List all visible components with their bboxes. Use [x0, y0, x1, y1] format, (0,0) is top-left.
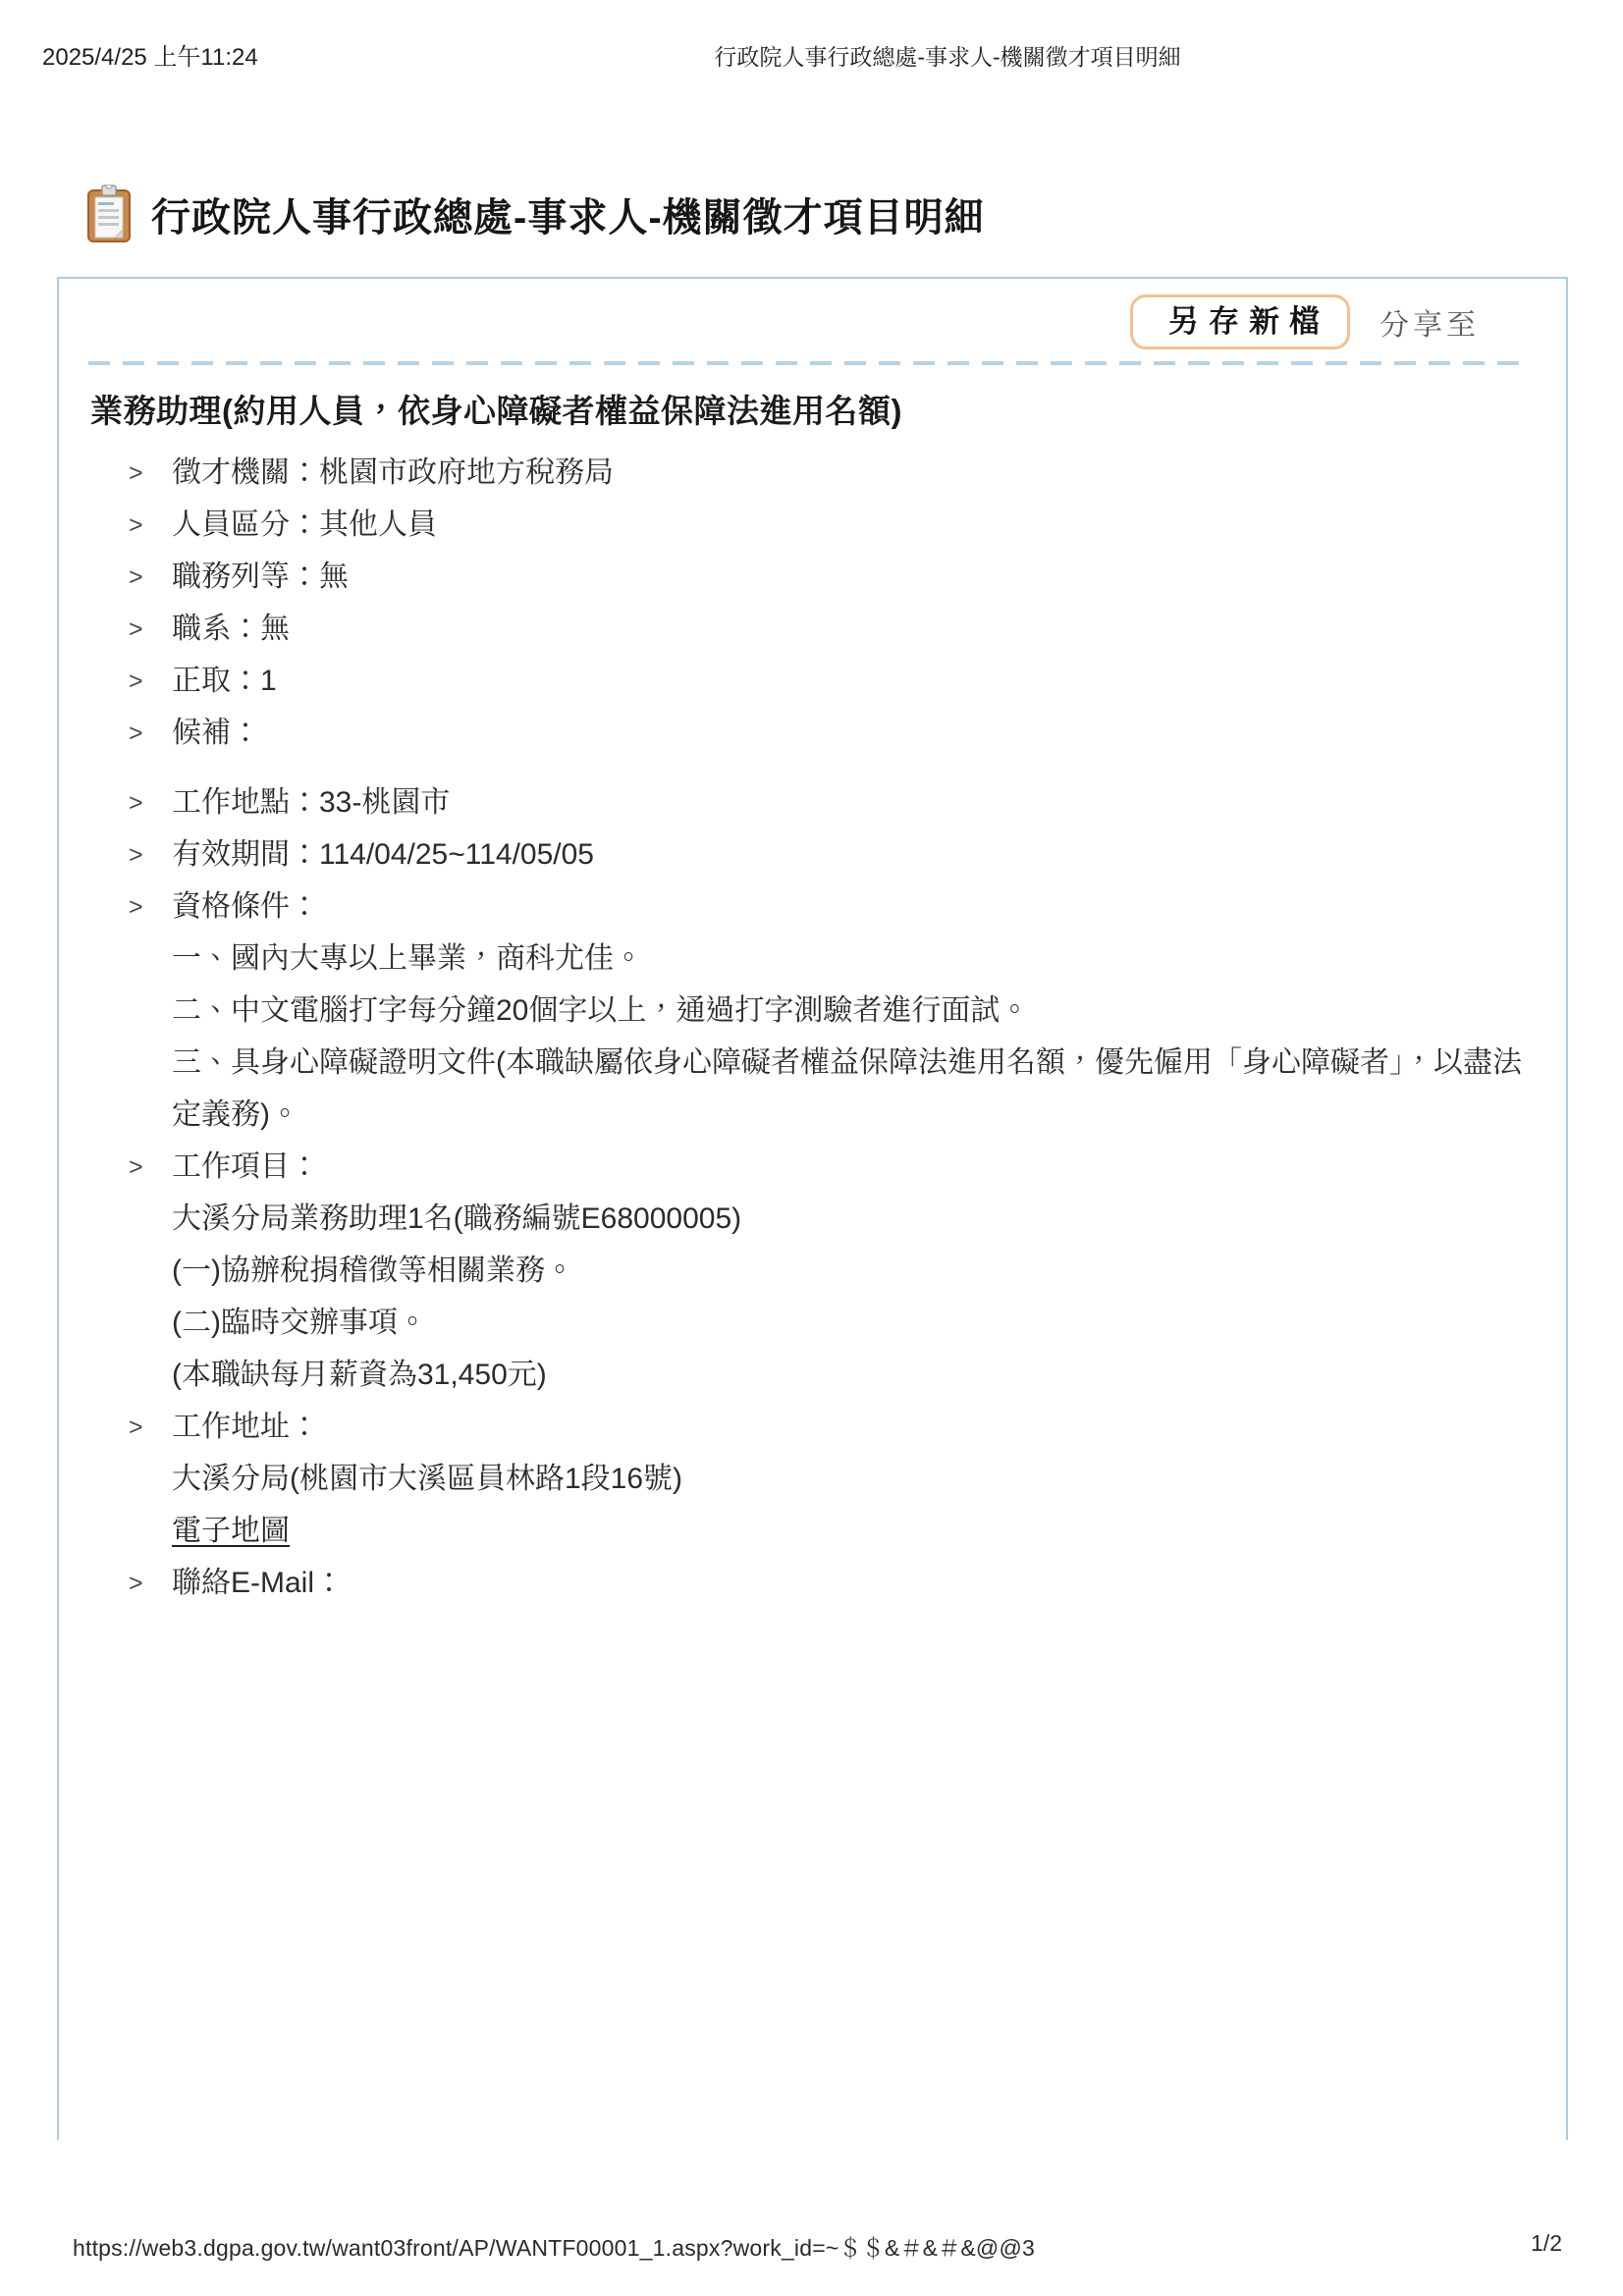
chevron-marker: > [129, 448, 143, 500]
chevron-marker: > [129, 1558, 143, 1610]
footer-url: https://web3.dgpa.gov.tw/want03front/AP/… [73, 2230, 1035, 2263]
duty-line: 大溪分局業務助理1名(職務編號E68000005) [172, 1193, 1531, 1245]
qualification-line: 一、國內大專以上畢業，商科尤佳。 [172, 933, 1531, 985]
page-title-row: 行政院人事行政總處-事求人-機關徵才項目明細 [86, 185, 985, 243]
field-text: 職系：無 [172, 613, 290, 645]
field-text: 有效期間：114/04/25~114/05/05 [172, 838, 594, 871]
duty-line: (二)臨時交辦事項。 [172, 1297, 1531, 1349]
chevron-marker: > [129, 708, 143, 760]
field-text: 職務列等：無 [172, 561, 349, 593]
chevron-marker: > [129, 552, 143, 604]
field-text: 徵才機關：桃園市政府地方稅務局 [172, 456, 614, 489]
dashed-divider [88, 361, 1531, 365]
field-alternates: > 候補： [88, 707, 1531, 759]
field-work-location: > 工作地點：33-桃園市 [88, 776, 1531, 828]
job-detail-panel: 另存新檔 分享至 業務助理(約用人員，依身心障礙者權益保障法進用名額) > 徵才… [57, 277, 1568, 2140]
field-position-rank: > 職務列等：無 [88, 551, 1531, 603]
address-line: 大溪分局(桃園市大溪區員林路1段16號) [172, 1453, 1531, 1505]
field-text: 工作項目： [172, 1150, 319, 1183]
clipboard-icon [86, 185, 132, 243]
chevron-marker: > [129, 656, 143, 708]
field-text: 資格條件： [172, 890, 319, 923]
share-to-label[interactable]: 分享至 [1380, 300, 1480, 344]
field-recruiting-agency: > 徵才機關：桃園市政府地方稅務局 [88, 447, 1531, 499]
field-work-address: > 工作地址： 大溪分局(桃園市大溪區員林路1段16號) 電子地圖 [88, 1401, 1531, 1557]
duty-line: (本職缺每月薪資為31,450元) [172, 1349, 1531, 1401]
field-text: 工作地點：33-桃園市 [172, 786, 450, 819]
chevron-marker: > [129, 829, 143, 881]
chevron-marker: > [129, 881, 143, 934]
duty-line: (一)協辦稅捐稽徵等相關業務。 [172, 1245, 1531, 1297]
e-map-link[interactable]: 電子地圖 [172, 1515, 290, 1547]
printed-page: 2025/4/25 上午11:24 行政院人事行政總處-事求人-機關徵才項目明細… [0, 0, 1623, 2296]
footer-page-number: 1/2 [1531, 2230, 1562, 2257]
field-text: 候補： [172, 717, 260, 749]
chevron-marker: > [129, 777, 143, 829]
toolbar: 另存新檔 分享至 [88, 292, 1531, 352]
field-text: 人員區分：其他人員 [172, 508, 437, 541]
address-map-line: 電子地圖 [172, 1505, 1531, 1557]
chevron-marker: > [129, 1142, 143, 1194]
print-doc-title: 行政院人事行政總處-事求人-機關徵才項目明細 [714, 39, 1180, 72]
chevron-marker: > [129, 1402, 143, 1454]
qualification-line: 三、具身心障礙證明文件(本職缺屬依身心障礙者權益保障法進用名額，優先僱用「身心障… [172, 1037, 1531, 1141]
chevron-marker: > [129, 500, 143, 552]
field-job-series: > 職系：無 [88, 603, 1531, 655]
save-as-button[interactable]: 另存新檔 [1130, 294, 1350, 349]
field-qualifications: > 資格條件： 一、國內大專以上畢業，商科尤佳。 二、中文電腦打字每分鐘20個字… [88, 881, 1531, 1141]
chevron-marker: > [129, 604, 143, 656]
job-heading: 業務助理(約用人員，依身心障礙者權益保障法進用名額) [90, 386, 1531, 432]
job-fields-list: > 徵才機關：桃園市政府地方稅務局 > 人員區分：其他人員 > 職務列等：無 >… [88, 447, 1531, 1609]
field-contact-email: > 聯絡E-Mail： [88, 1557, 1531, 1609]
field-valid-period: > 有效期間：114/04/25~114/05/05 [88, 828, 1531, 881]
field-text: 聯絡E-Mail： [172, 1567, 344, 1599]
qualification-line: 二、中文電腦打字每分鐘20個字以上，通過打字測驗者進行面試。 [172, 985, 1531, 1037]
page-title: 行政院人事行政總處-事求人-機關徵才項目明細 [151, 187, 985, 242]
field-job-duties: > 工作項目： 大溪分局業務助理1名(職務編號E68000005) (一)協辦稅… [88, 1141, 1531, 1401]
field-personnel-category: > 人員區分：其他人員 [88, 499, 1531, 551]
field-openings: > 正取：1 [88, 655, 1531, 707]
print-datetime: 2025/4/25 上午11:24 [42, 37, 258, 72]
field-text: 工作地址： [172, 1411, 319, 1443]
field-text: 正取：1 [172, 665, 277, 697]
